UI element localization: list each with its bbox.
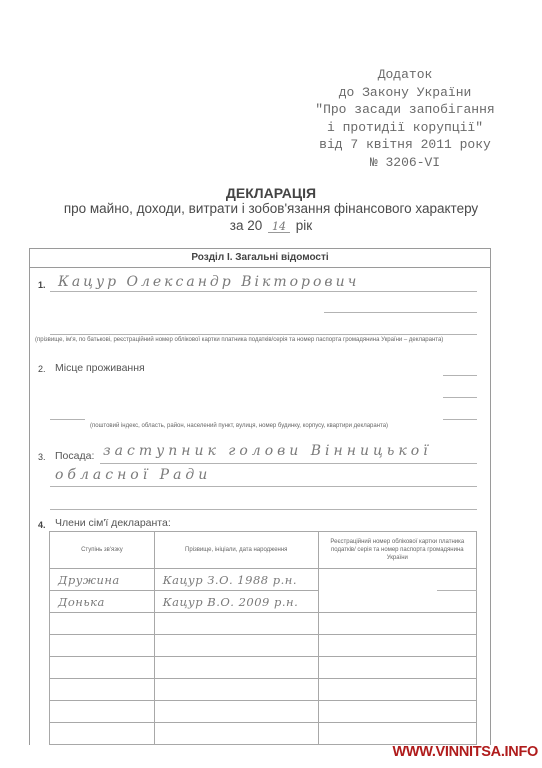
table-row [50, 635, 477, 657]
family-members-table: Ступінь зв'язку Прізвище, ініціали, дата… [49, 531, 477, 745]
tax-id-cell [318, 723, 476, 745]
annex-line: і протидії корупції" [280, 119, 530, 137]
name-dob-cell [154, 657, 318, 679]
year-prefix: за 20 [230, 218, 262, 233]
table-row: Донька Кацур В.О. 2009 р.н. [50, 591, 477, 613]
tax-id-cell [318, 569, 476, 591]
table-row [50, 701, 477, 723]
name-dob-cell [154, 635, 318, 657]
annex-line: № 3206-VI [280, 154, 530, 172]
family-label: Члени сім'ї декларанта: [55, 517, 171, 529]
item-2-caption: (поштовий індекс, область, район, населе… [90, 423, 388, 429]
table-row [50, 657, 477, 679]
site-watermark: WWW.VINNITSA.INFO [392, 744, 538, 760]
relation-cell [50, 679, 155, 701]
document-title: ДЕКЛАРАЦІЯ [0, 185, 542, 201]
name-dob-cell [154, 679, 318, 701]
item-1-caption: (прізвище, ім'я, по батькові, реєстрацій… [35, 337, 443, 343]
relation-cell [50, 657, 155, 679]
declaration-year: за 20 14 рік [0, 218, 542, 233]
relation-cell [50, 635, 155, 657]
table-header-row: Ступінь зв'язку Прізвище, ініціали, дата… [50, 532, 477, 569]
relation-cell [50, 613, 155, 635]
name-dob-cell [154, 701, 318, 723]
name-dob-cell: Кацур В.О. 2009 р.н. [154, 591, 318, 613]
table-row [50, 679, 477, 701]
tax-id-cell [318, 701, 476, 723]
relation-cell [50, 701, 155, 723]
table-row [50, 723, 477, 745]
item-3-number: 3. [38, 452, 46, 462]
annex-line: "Про засади запобігання [280, 101, 530, 119]
table-row: Дружина Кацур З.О. 1988 р.н. [50, 569, 477, 591]
relation-cell: Донька [50, 591, 155, 613]
name-dob-cell: Кацур З.О. 1988 р.н. [154, 569, 318, 591]
residence-line-3b [443, 419, 477, 420]
name-line [50, 291, 477, 292]
position-underline-1 [100, 463, 477, 464]
residence-label: Місце проживання [55, 362, 145, 374]
position-underline-3 [50, 509, 477, 510]
item-1-number: 1. [38, 280, 46, 290]
residence-line-2 [443, 397, 477, 398]
header-tax-id: Реєстраційний номер облікової картки пла… [318, 532, 476, 569]
header-name-dob: Прізвище, ініціали, дата народження [154, 532, 318, 569]
residence-line-3a [50, 419, 85, 420]
section-title: Розділ І. Загальні відомості [29, 248, 491, 268]
name-dob-cell [154, 613, 318, 635]
year-suffix: рік [296, 218, 312, 233]
position-line-2: обласної Ради [55, 467, 211, 483]
position-label: Посада: [55, 450, 94, 462]
item-4-number: 4. [38, 520, 46, 530]
tax-id-cell [318, 657, 476, 679]
tax-id-cell [318, 613, 476, 635]
name-line-2 [324, 312, 477, 313]
annex-line: Додаток [280, 66, 530, 84]
year-handwritten: 14 [268, 221, 290, 233]
table-row [50, 613, 477, 635]
tax-id-cell [318, 635, 476, 657]
declarant-name: Кацур Олександр Вікторович [58, 274, 359, 290]
annex-header: Додаток до Закону України "Про засади за… [280, 66, 530, 171]
residence-line-1 [443, 375, 477, 376]
position-underline-2 [50, 486, 477, 487]
tax-id-cell [318, 679, 476, 701]
annex-line: від 7 квітня 2011 року [280, 136, 530, 154]
position-line-1: заступник голови Вінницької [103, 443, 432, 459]
relation-cell [50, 723, 155, 745]
name-line-3 [50, 334, 477, 335]
tax-id-stub-line [437, 590, 477, 591]
item-2-number: 2. [38, 364, 46, 374]
name-dob-cell [154, 723, 318, 745]
relation-cell: Дружина [50, 569, 155, 591]
tax-id-cell [318, 591, 476, 613]
document-subtitle: про майно, доходи, витрати і зобов'язанн… [0, 201, 542, 216]
annex-line: до Закону України [280, 84, 530, 102]
header-relation: Ступінь зв'язку [50, 532, 155, 569]
